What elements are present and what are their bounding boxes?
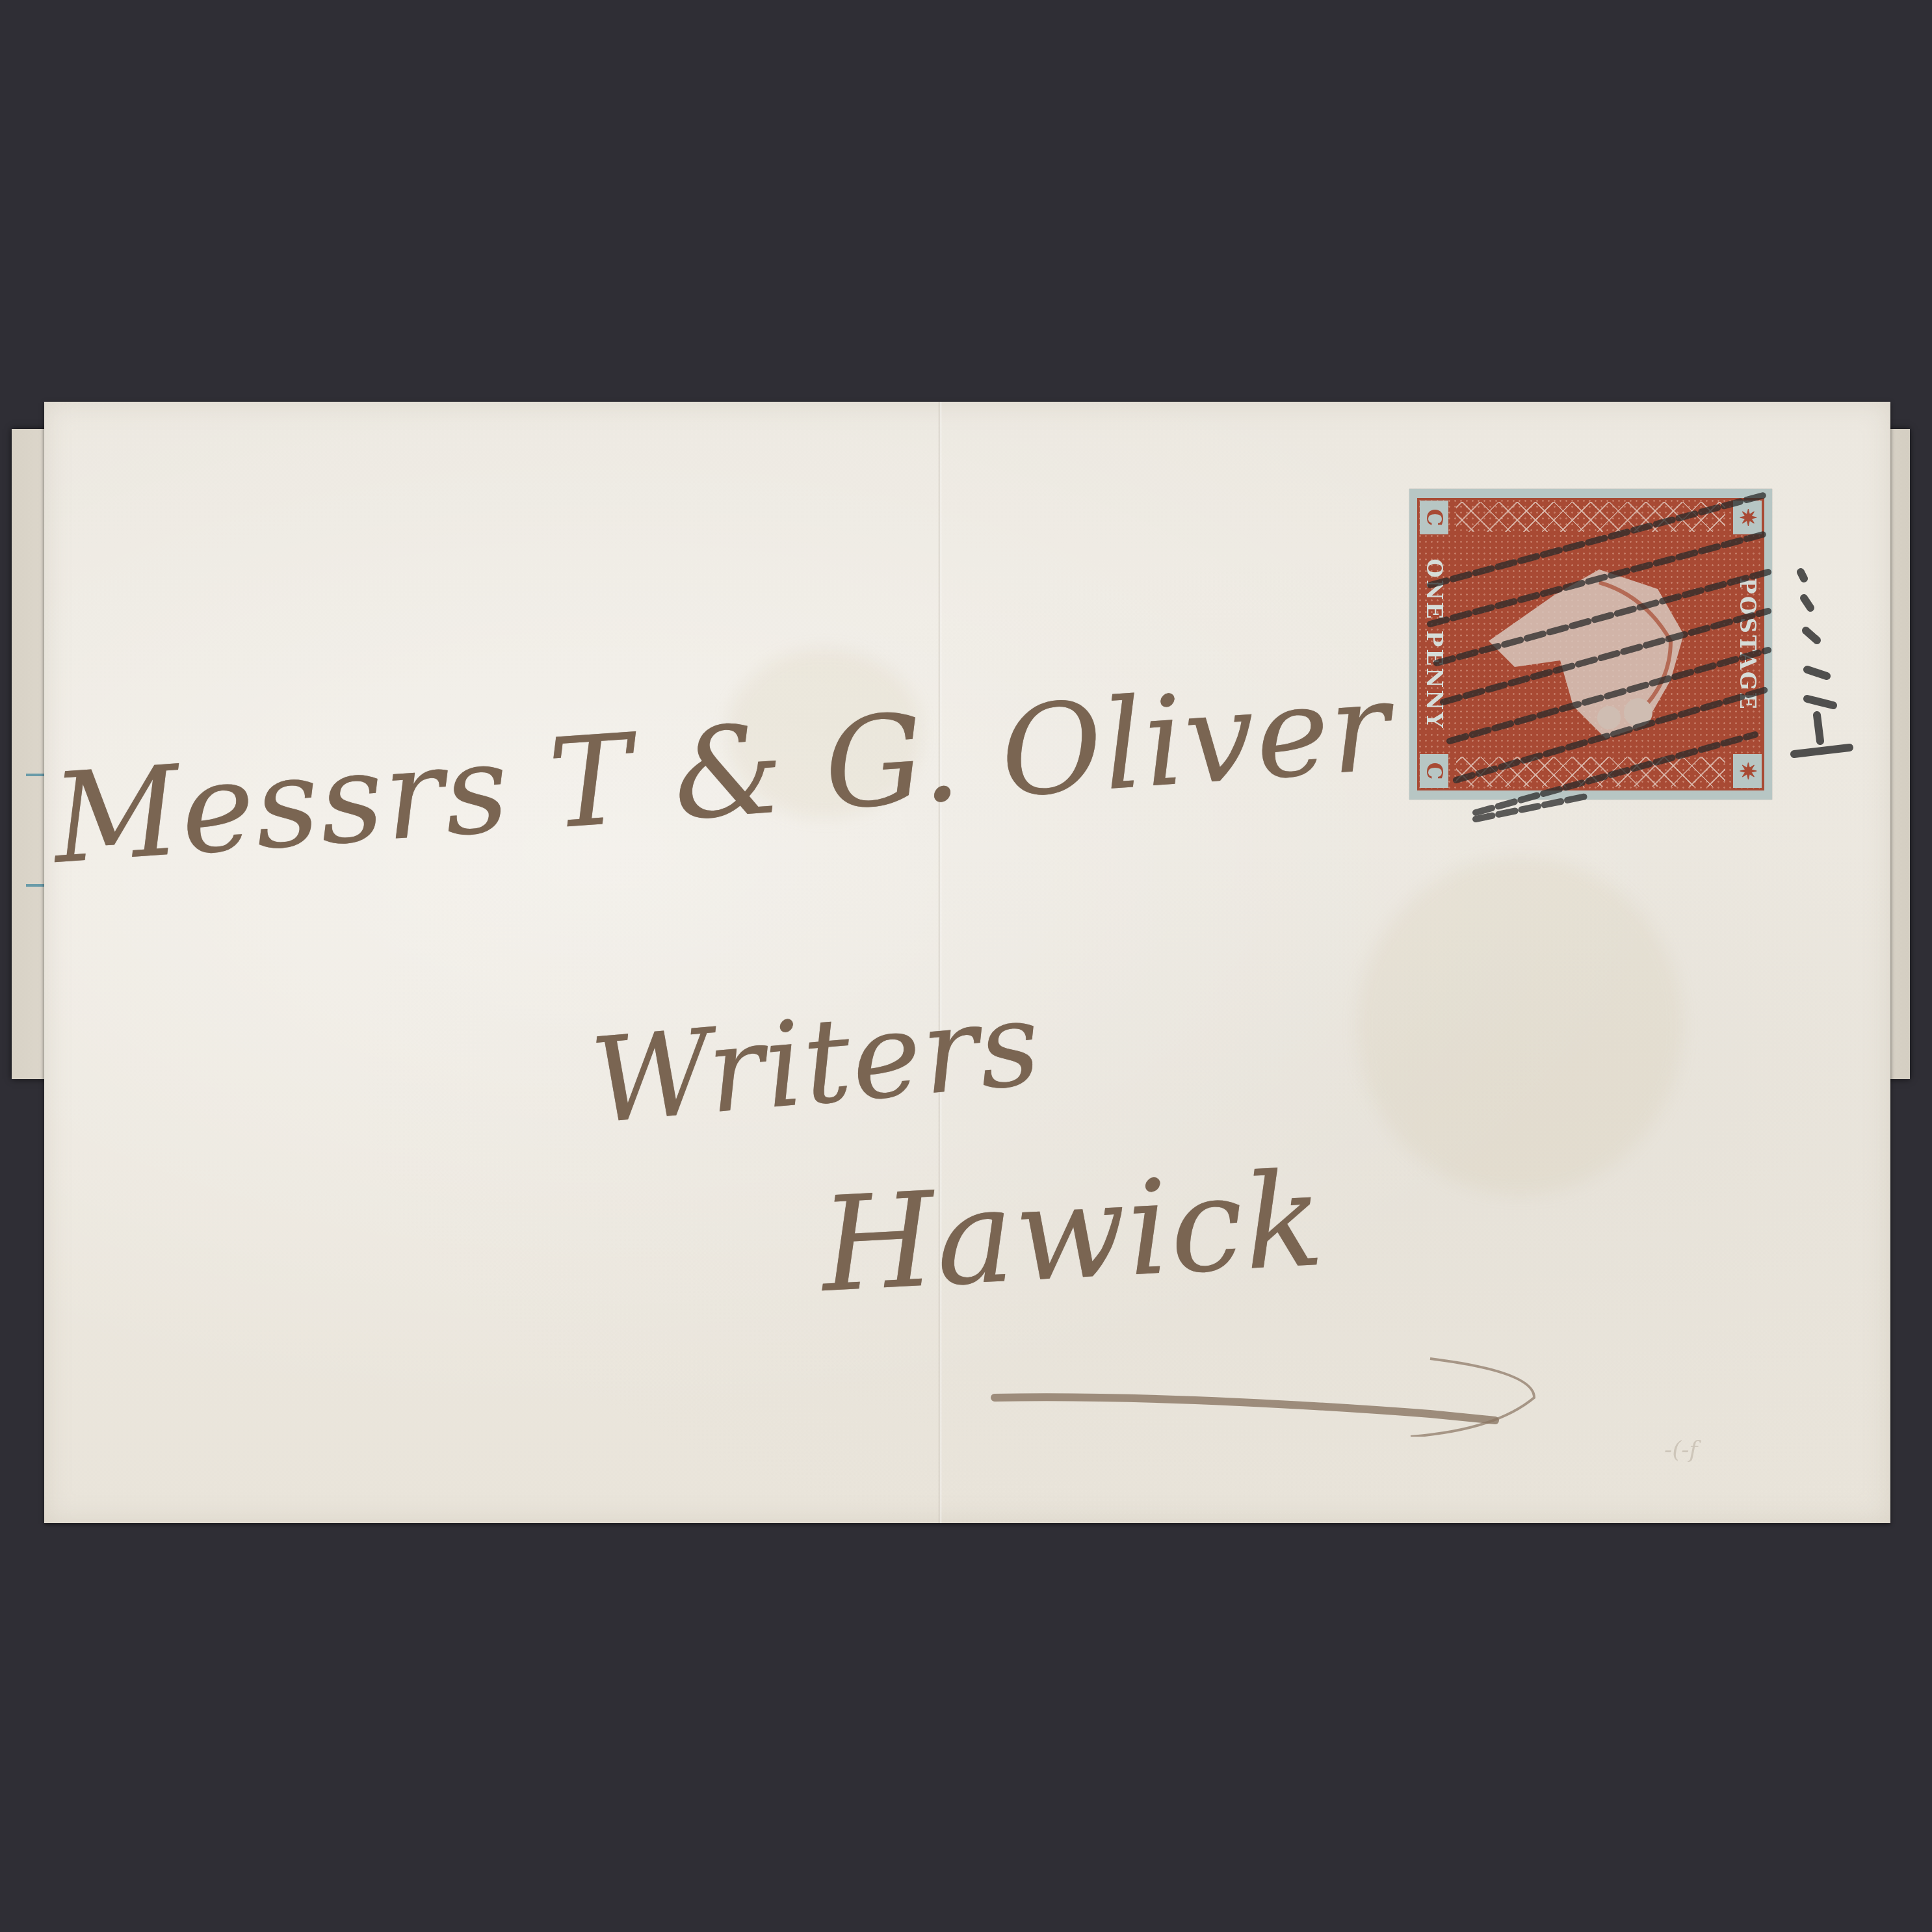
corner-letter-top-left: C bbox=[1420, 501, 1448, 534]
corner-letter-bottom-left: C bbox=[1420, 754, 1448, 788]
stamp-denomination: ONE PENNY bbox=[1418, 538, 1450, 750]
pencil-annotation: -(-f bbox=[1664, 1437, 1698, 1463]
star-ornament-bottom-right: ✷ bbox=[1733, 754, 1762, 788]
stamp-lattice-bottom bbox=[1456, 757, 1725, 787]
stamp-postage-label: POSTAGE bbox=[1732, 538, 1763, 750]
stamp-design: C C ✷ ✷ ONE PENNY POSTAGE bbox=[1417, 498, 1764, 790]
queen-victoria-portrait bbox=[1476, 543, 1703, 745]
penny-red-stamp: C C ✷ ✷ ONE PENNY POSTAGE bbox=[1409, 489, 1772, 800]
underline-flourish bbox=[845, 1333, 1560, 1437]
stamp-lattice-top bbox=[1456, 502, 1725, 532]
address-line-town: Hawick bbox=[818, 1144, 1328, 1322]
paper-stain bbox=[1357, 857, 1682, 1195]
photo-stage: C C ✷ ✷ ONE PENNY POSTAGE bbox=[0, 0, 1932, 1932]
star-ornament-top-right: ✷ bbox=[1733, 501, 1762, 534]
